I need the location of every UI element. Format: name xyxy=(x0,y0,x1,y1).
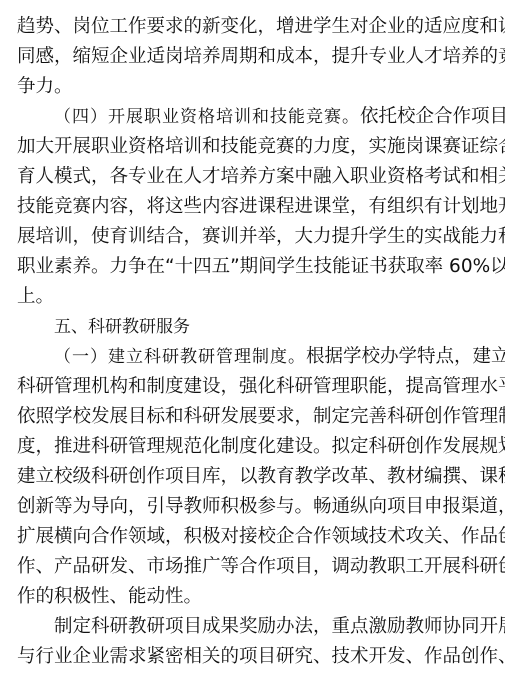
paragraph-line: 上。 xyxy=(17,282,54,312)
paragraph-line: 展培训，使育训结合，赛训并举，大力提升学生的实战能力和 xyxy=(17,222,505,252)
paragraph-line: 创新等为导向，引导教师积极参与。畅通纵向项目申报渠道， xyxy=(17,492,505,522)
paragraph-line: 育人模式，各专业在人才培养方案中融入职业资格考试和相关 xyxy=(17,162,505,192)
paragraph-line: 加大开展职业资格培训和技能竞赛的力度，实施岗课赛证综合 xyxy=(17,132,505,162)
subsection-line: （四）开展职业资格培训和技能竞赛。依托校企合作项目， xyxy=(54,102,505,132)
paragraph-line: 扩展横向合作领域，积极对接校企合作领域技术攻关、作品创 xyxy=(17,522,505,552)
paragraph-line: 依照学校发展目标和科研发展要求，制定完善科研创作管理制 xyxy=(17,402,505,432)
paragraph-line: 与行业企业需求紧密相关的项目研究、技术开发、作品创作、 xyxy=(17,642,505,672)
paragraph-line: 作的积极性、能动性。 xyxy=(17,582,202,612)
section-heading: 五、科研教研服务 xyxy=(54,312,190,342)
paragraph-text: 依托校企合作项目， xyxy=(360,106,505,127)
paragraph-line: 建立校级科研创作项目库，以教育教学改革、教材编撰、课程 xyxy=(17,462,505,492)
paragraph-line: 同感，缩短企业适岗培养周期和成本，提升专业人才培养的竞 xyxy=(17,42,505,72)
paragraph-line: 度，推进科研管理规范化制度化建设。拟定科研创作发展规划， xyxy=(17,432,505,462)
paragraph-line: 作、产品研发、市场推广等合作项目，调动教职工开展科研创 xyxy=(17,552,505,582)
paragraph-line: 制定科研教研项目成果奖励办法，重点激励教师协同开展 xyxy=(54,612,505,642)
paragraph-line: 趋势、岗位工作要求的新变化，增进学生对企业的适应度和认 xyxy=(17,12,505,42)
paragraph-line: 争力。 xyxy=(17,72,73,102)
paragraph-line: 职业素养。力争在“十四五”期间学生技能证书获取率 60%以 xyxy=(17,252,505,282)
paragraph-line: 科研管理机构和制度建设，强化科研管理职能，提高管理水平。 xyxy=(17,372,505,402)
paragraph-text: 根据学校办学特点，建立 xyxy=(306,346,505,367)
subsection-line: （一）建立科研教研管理制度。根据学校办学特点，建立 xyxy=(54,342,505,372)
subsection-heading: （一）建立科研教研管理制度。 xyxy=(54,347,306,367)
paragraph-line: 技能竞赛内容，将这些内容进课程进课堂，有组织有计划地开 xyxy=(17,192,505,222)
subsection-heading: （四）开展职业资格培训和技能竞赛。 xyxy=(54,107,360,127)
